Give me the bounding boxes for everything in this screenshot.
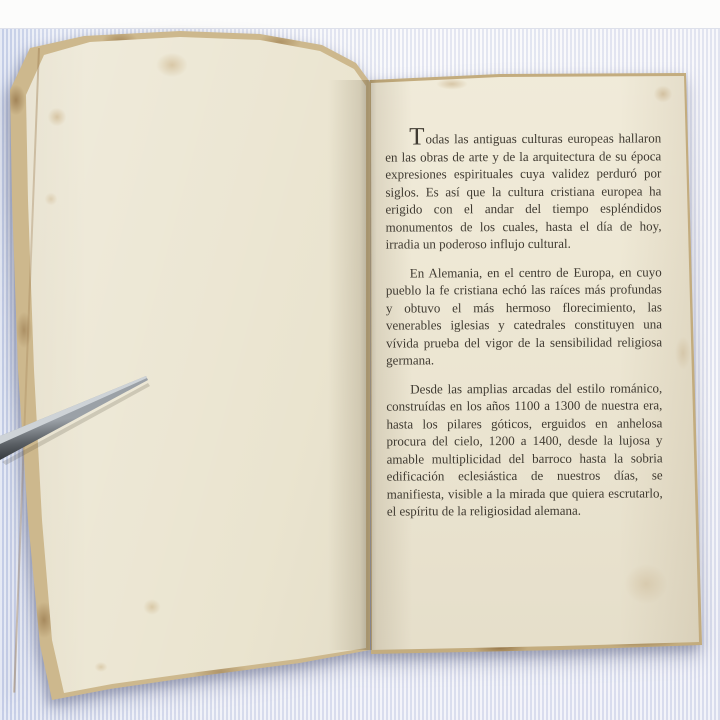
paragraph: En Alemania, en el centro de Europa, en … xyxy=(386,263,662,369)
metal-pointer xyxy=(0,370,152,466)
needle-shadow xyxy=(2,383,150,465)
page-text: Todas las antiguas culturas europeas hal… xyxy=(385,129,663,520)
needle-highlight xyxy=(0,376,147,444)
needle-body xyxy=(0,376,148,460)
paragraph: Desde las amplias arcadas del estilo rom… xyxy=(386,379,663,520)
paragraph-text: odas las antiguas culturas europeas hall… xyxy=(385,130,661,251)
paragraph: Todas las antiguas culturas europeas hal… xyxy=(385,129,662,253)
book-photograph: Todas las antiguas culturas europeas hal… xyxy=(0,0,720,720)
open-book: Todas las antiguas culturas europeas hal… xyxy=(0,0,720,720)
elevated-initial-letter: T xyxy=(409,123,425,150)
